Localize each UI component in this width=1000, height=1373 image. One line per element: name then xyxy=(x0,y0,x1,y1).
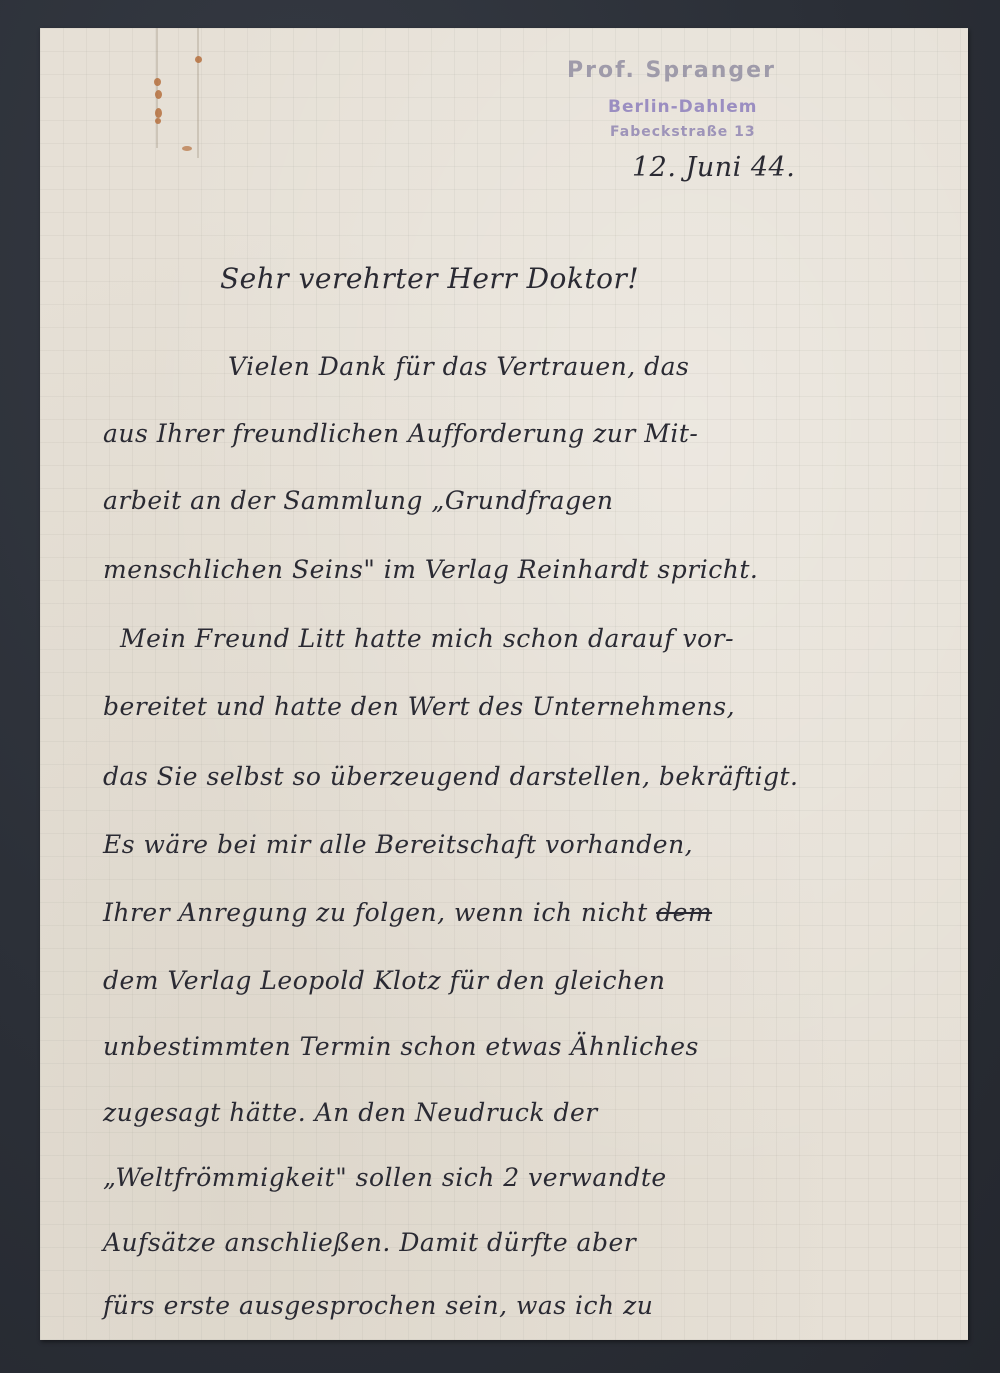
body-line: arbeit an der Sammlung „Grundfragen xyxy=(103,486,613,515)
body-line: menschlichen Seins" im Verlag Reinhardt … xyxy=(103,555,758,584)
stamp-sender-city: Berlin-Dahlem xyxy=(608,97,757,117)
body-line: Es wäre bei mir alle Bereitschaft vorhan… xyxy=(103,830,693,859)
body-line: Aufsätze anschließen. Damit dürfte aber xyxy=(103,1228,636,1257)
body-line: „Weltfrömmigkeit" sollen sich 2 verwandt… xyxy=(103,1163,667,1192)
body-line: Ihrer Anregung zu folgen, wenn ich nicht… xyxy=(103,898,712,927)
body-line: Mein Freund Litt hatte mich schon darauf… xyxy=(120,624,734,653)
body-line-text: Ihrer Anregung zu folgen, wenn ich nicht xyxy=(103,898,648,927)
letter-date: 12. Juni 44. xyxy=(632,152,795,183)
body-line: fürs erste ausgesprochen sein, was ich z… xyxy=(103,1291,653,1320)
rust-stain xyxy=(195,56,202,63)
body-line: aus Ihrer freundlichen Aufforderung zur … xyxy=(103,419,698,448)
salutation: Sehr verehrter Herr Doktor! xyxy=(220,262,639,295)
body-line: zugesagt hätte. An den Neudruck der xyxy=(103,1098,598,1127)
body-line: bereitet und hatte den Wert des Unterneh… xyxy=(103,692,735,721)
rust-stain xyxy=(155,108,162,118)
body-line: Vielen Dank für das Vertrauen, das xyxy=(228,352,689,381)
stamp-sender-street: Fabeckstraße 13 xyxy=(610,124,756,140)
struck-out-word: dem xyxy=(656,898,712,927)
rust-stain xyxy=(155,90,162,99)
rust-stain xyxy=(155,118,161,124)
body-line: unbestimmten Termin schon etwas Ähnliche… xyxy=(103,1032,699,1061)
paper-crease-left xyxy=(156,28,158,148)
stamp-sender-name: Prof. Spranger xyxy=(567,58,776,83)
paper-crease-right xyxy=(197,28,199,158)
letter-sheet xyxy=(40,28,968,1340)
rust-stain xyxy=(182,146,192,151)
rust-stain xyxy=(154,78,161,86)
body-line: dem Verlag Leopold Klotz für den gleiche… xyxy=(103,966,666,995)
body-line: das Sie selbst so überzeugend darstellen… xyxy=(103,762,799,791)
